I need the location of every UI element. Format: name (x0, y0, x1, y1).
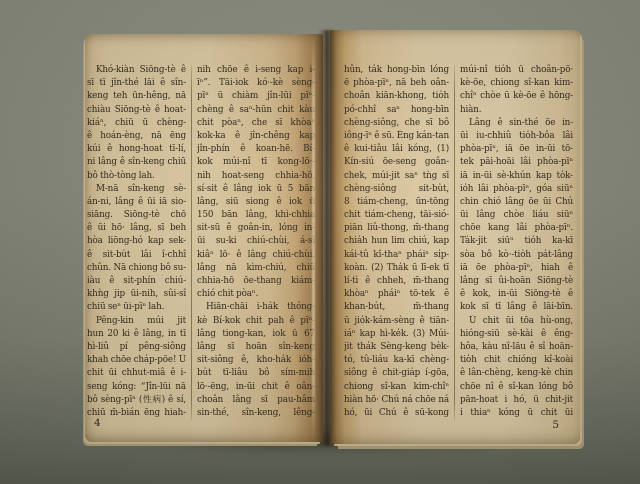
text-line: 150 bān lâng, khì-chhia (197, 209, 315, 222)
text-line: tio̍h chit chióng kî-koài (460, 354, 573, 367)
text-line: pān-hoat i hó, ū chit-jit (460, 394, 573, 407)
book-page-right: hûn, ta̍k hong-bīn lóngē phòa-pīⁿ, nā be… (330, 30, 580, 444)
text-line: lí-tì ê chheh, m̄-thang (344, 275, 449, 288)
text-line: bô thò-tòng lah. (87, 170, 186, 183)
text-line: nih hoat-seng chhia-hō, (197, 170, 315, 183)
text-column: múi-nî tio̍h ū choân-pō·kè-ōe, chiong sî… (460, 64, 573, 420)
text-line: tó, tû-liáu ka-kī chèng- (344, 354, 449, 367)
text-line: chit pòaⁿ, che sī khòaⁿ (197, 117, 315, 130)
text-line: choân lâng sī pau-hâm (197, 394, 315, 407)
text-line: siông ê chit-gia̍p í-gōa, (344, 367, 449, 380)
text-line: chōe kang lâi phòa-pīⁿ. (460, 222, 573, 235)
text-line: chin chió lâng ōe ūi Chú (460, 196, 573, 209)
text-line: chhia-hō ōe-thang kiám- (197, 275, 315, 288)
text-line: Ū chit ūi tōa hù-ong, (460, 315, 573, 328)
text-line: choân kiān-khong, tio̍h (344, 90, 449, 103)
page-number-right: 5 (552, 419, 559, 431)
text-line: kok múi-nî tī kong-lō·- (197, 156, 315, 169)
text-line: sin-thé, sîn-keng, lêng- (197, 407, 315, 420)
text-line: iáⁿ kap hì-ke̍k. (3) Múi- (344, 328, 449, 341)
text-column: nih chōe ê i-seng kap i-īⁿ”. Tāi-iok kó·… (197, 64, 315, 420)
text-line: ū jio̍k-kám-sèng ê tiān- (344, 315, 449, 328)
text-line: chit tiám-cheng, tāi-sió- (344, 209, 449, 222)
text-line: múi-nî tio̍h ū choân-pō· (460, 64, 573, 77)
text-line: lâng sī ûi-hoān Siōng-tè (460, 275, 573, 288)
column-divider-rule (454, 65, 455, 420)
open-book: Khó-kiàn Siōng-tè ê koksī tī jîn-thé lāi… (85, 30, 580, 447)
text-line: pīⁿ ū chiàm jîn-lūi pīⁿ- (197, 90, 315, 103)
text-line: tek pāi-hoāi lâi phòa-pīⁿ (460, 156, 573, 169)
text-line: ê hoán-èng, nā ēng mô·- (87, 130, 186, 143)
text-column: Khó-kiàn Siōng-tè ê koksī tī jîn-thé lāi… (87, 64, 186, 420)
text-line: lâng sī hoān sîn-keng (197, 341, 315, 354)
text-line: chia̍h hun lim chiú, kap (344, 235, 449, 248)
text-line: siāng. Siōng-tè chō chit (87, 209, 186, 222)
text-line: sòa bô kò·-tio̍h pa̍t-lâng (460, 249, 573, 262)
text-line: bu̍t tī-liâu bô sím-mih (197, 367, 315, 380)
text-line: sī tī jîn-thé lāi ê sîn- (87, 77, 186, 90)
text-line: chiū m̄-bián ēng hiah- (87, 407, 186, 420)
text-line: kiáⁿ, chiū ū chèng-siông (87, 117, 186, 130)
text-line: chiàu Siōng-tè ê hoat-tō· (87, 104, 186, 117)
text-line: chîⁿ chòe ū kè-ōe ê hōng- (460, 90, 573, 103)
page-left-text-block: Khó-kiàn Siōng-tè ê koksī tī jîn-thé lāi… (87, 64, 315, 420)
text-line: ê kui-tiâu lâi kóng, (1) (344, 143, 449, 156)
page-right-text-block: hûn, ta̍k hong-bīn lóngē phòa-pīⁿ, nā be… (344, 64, 573, 420)
text-line: kok sī tī lâng ê lāi-bīn. (460, 301, 573, 314)
text-line: hì-liû pí pêng-siông lâng (87, 341, 186, 354)
text-line: lâng, siū siong ê iok ū (197, 196, 315, 209)
text-line: iā in-ūi sè-khún kap to̍k- (460, 170, 573, 183)
text-line: iông-īⁿ ê sū. Ēng kán-tan (344, 130, 449, 143)
text-line: hòa liōng-hó kap sek-tō· (87, 235, 186, 248)
text-line: keng teh ūn-hêng, nā (87, 90, 186, 103)
text-line: hun 20 ki ê lâng, in tī (87, 328, 186, 341)
text-line: ūi su-ki chiú-chùi, á-sī (197, 235, 315, 248)
text-line: khan-bu̍t, m̄-thang khòaⁿ (344, 301, 449, 314)
text-line: io̍h lâi phòa-pīⁿ, góa siūⁿ (460, 183, 573, 196)
text-line: kè Bí-kok chit pah ê pīⁿ- (197, 315, 315, 328)
text-line: khòaⁿ pháiⁿ tō-tek ê (344, 288, 449, 301)
text-line: chió chit pòaⁿ. (197, 288, 315, 301)
text-line: phòa-pīⁿ, iā ōe in-ūi tō- (460, 143, 573, 156)
text-line: khǹg jip ūi-nih, sûi-sî (87, 288, 186, 301)
text-line: bô sèng-pīⁿ (性病) ê sí, (87, 394, 186, 407)
book-page-left: Khó-kiàn Siōng-tè ê koksī tī jîn-thé lāi… (85, 34, 323, 442)
text-line: iā ōe phòa-pīⁿ, hiah ê (460, 262, 573, 275)
photo-background: Khó-kiàn Siōng-tè ê koksī tī jîn-thé lāi… (0, 0, 640, 484)
text-line: lâng nā kìm-chiú, chiū (197, 262, 315, 275)
text-column: hûn, ta̍k hong-bīn lóngē phòa-pīⁿ, nā be… (344, 64, 449, 420)
text-line: chiong sî-kan kim-chîⁿ (344, 381, 449, 394)
text-line: lō·-ēng, in-ūi chit ê oân- (197, 381, 315, 394)
text-line: jîn-phín ê koan-hē. Bí- (197, 143, 315, 156)
text-line: M̄-nā sîn-keng sè-pau (87, 183, 186, 196)
text-line: ē phòa-pīⁿ, nā beh oân- (344, 77, 449, 90)
text-line: chûn. Nā chiong bô su- (87, 262, 186, 275)
text-line: kúi ê hong-hoat tī-lí, án- (87, 143, 186, 156)
text-line: jit tha̍k Sèng-keng be̍k- (344, 341, 449, 354)
text-line: pó-chhî saⁿ hong-bīn (344, 104, 449, 117)
text-line: chèng ê saⁿ-hūn chit kàu (197, 104, 315, 117)
text-line: Kín-siú ōe-seng goân- (344, 156, 449, 169)
text-line: kiâⁿ lō· ê lâng chiú-chùi, (197, 249, 315, 262)
text-line: chèng-siông, che sī bô (344, 117, 449, 130)
text-line: chōe nî ê sî-kan lóng bô (460, 381, 573, 394)
text-line: Ta̍k-jit siūⁿ tio̍h ka-kī (460, 235, 573, 248)
text-line: sit-siông ê, kho-ha̍k io̍h- (197, 354, 315, 367)
text-line: Pêng-kin múi jit chia̍h (87, 315, 186, 328)
text-line: lâng tiong-kan, iok ū 67 (197, 328, 315, 341)
text-line: chèng-siông sit-bu̍t, khùn (344, 183, 449, 196)
page-number-left: 4 (94, 417, 101, 429)
text-line: hióng-siū sè-kài ê êng- (460, 328, 573, 341)
text-line: ūi iu-chhiû tio̍h-bôa lâi (460, 130, 573, 143)
text-line: seng kóng: “Jîn-lūi nā (87, 381, 186, 394)
text-line: Lâng ê sin-thé ōe in- (460, 117, 573, 130)
text-line: ê lân-chèng, keng-kè chin (460, 367, 573, 380)
text-line: án-ni, lâng ê ūi iā sio- (87, 196, 186, 209)
text-line: nih chōe ê i-seng kap i- (197, 64, 315, 77)
text-line: chek, múi-jit saⁿ tǹg sī (344, 170, 449, 183)
text-line: ê sit-bu̍t lâi î-chhî sèng- (87, 249, 186, 262)
text-line: hûn, ta̍k hong-bīn lóng (344, 64, 449, 77)
text-line: hó, ūi Chú ê sū-kong (344, 407, 449, 420)
text-line: Hiān-chāi i-ha̍k thóng- (197, 301, 315, 314)
text-line: ūi lâng chòe liáu siūⁿ (460, 209, 573, 222)
text-line: sit-sū ê goân-in, lóng in- (197, 222, 315, 235)
column-divider-rule (191, 65, 192, 420)
text-line: 8 tiám-cheng, ūn-tōng (344, 196, 449, 209)
text-line: kok-ka ê jîn-chêng kap (197, 130, 315, 143)
text-line: chit ūi chhut-miâ ê i- (87, 367, 186, 380)
text-line: hiàn hō· Chú ná chōe ná (344, 394, 449, 407)
text-line: ni lâng ê sîn-keng chiū (87, 156, 186, 169)
text-line: piān liû-thong, m̄-thang (344, 222, 449, 235)
text-line: hiàn. (460, 104, 573, 117)
text-line: īⁿ”. Tāi-iok kó·-kè sèng- (197, 77, 315, 90)
text-line: hôa, kàu nî-lāu ê sî hoān- (460, 341, 573, 354)
text-line: ê ūi hō· lâng, sī beh siau- (87, 222, 186, 235)
text-line: khah chōe cha̍p-pōe! Ū (87, 354, 186, 367)
text-line: chiū seⁿ ūi-pīⁿ lah. (87, 301, 186, 314)
text-line: kái-tû kî-thaⁿ pháiⁿ si̍p- (344, 249, 449, 262)
text-line: iàu ê sit-phín chiú-cheng (87, 275, 186, 288)
text-line: sí-sit ê lâng iok ū 5 bān (197, 183, 315, 196)
text-line: koàn. (2) Tha̍k ū lī-ek tī (344, 262, 449, 275)
text-line: kè-ōe, chiong sî-kan kim- (460, 77, 573, 90)
text-line: Khó-kiàn Siōng-tè ê kok (87, 64, 186, 77)
text-line: ê kok, in-ūi Siōng-tè ê (460, 288, 573, 301)
